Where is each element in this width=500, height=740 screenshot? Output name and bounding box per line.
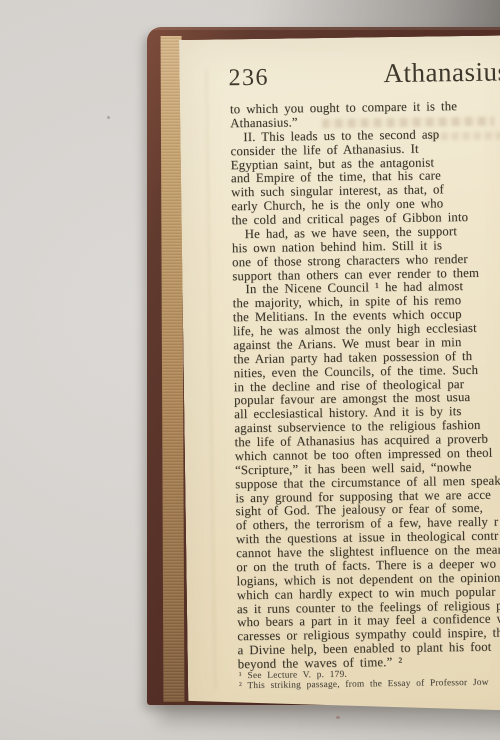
page-crease: [205, 70, 216, 690]
footnotes: ¹ See Lecture V. p. 179.² This striking …: [239, 669, 489, 692]
page-number: 236: [228, 65, 269, 93]
book-page: 236 Athanasius to which you ought to com…: [179, 35, 500, 730]
body-lines: to which you ought to compare it is theA…: [230, 97, 500, 672]
footnote-line: ² This striking passage, from the Essay …: [239, 679, 489, 692]
photo-backdrop: 236 Athanasius to which you ought to com…: [0, 0, 500, 740]
running-head: Athanasius: [383, 56, 500, 89]
dust-speck: [107, 116, 110, 119]
